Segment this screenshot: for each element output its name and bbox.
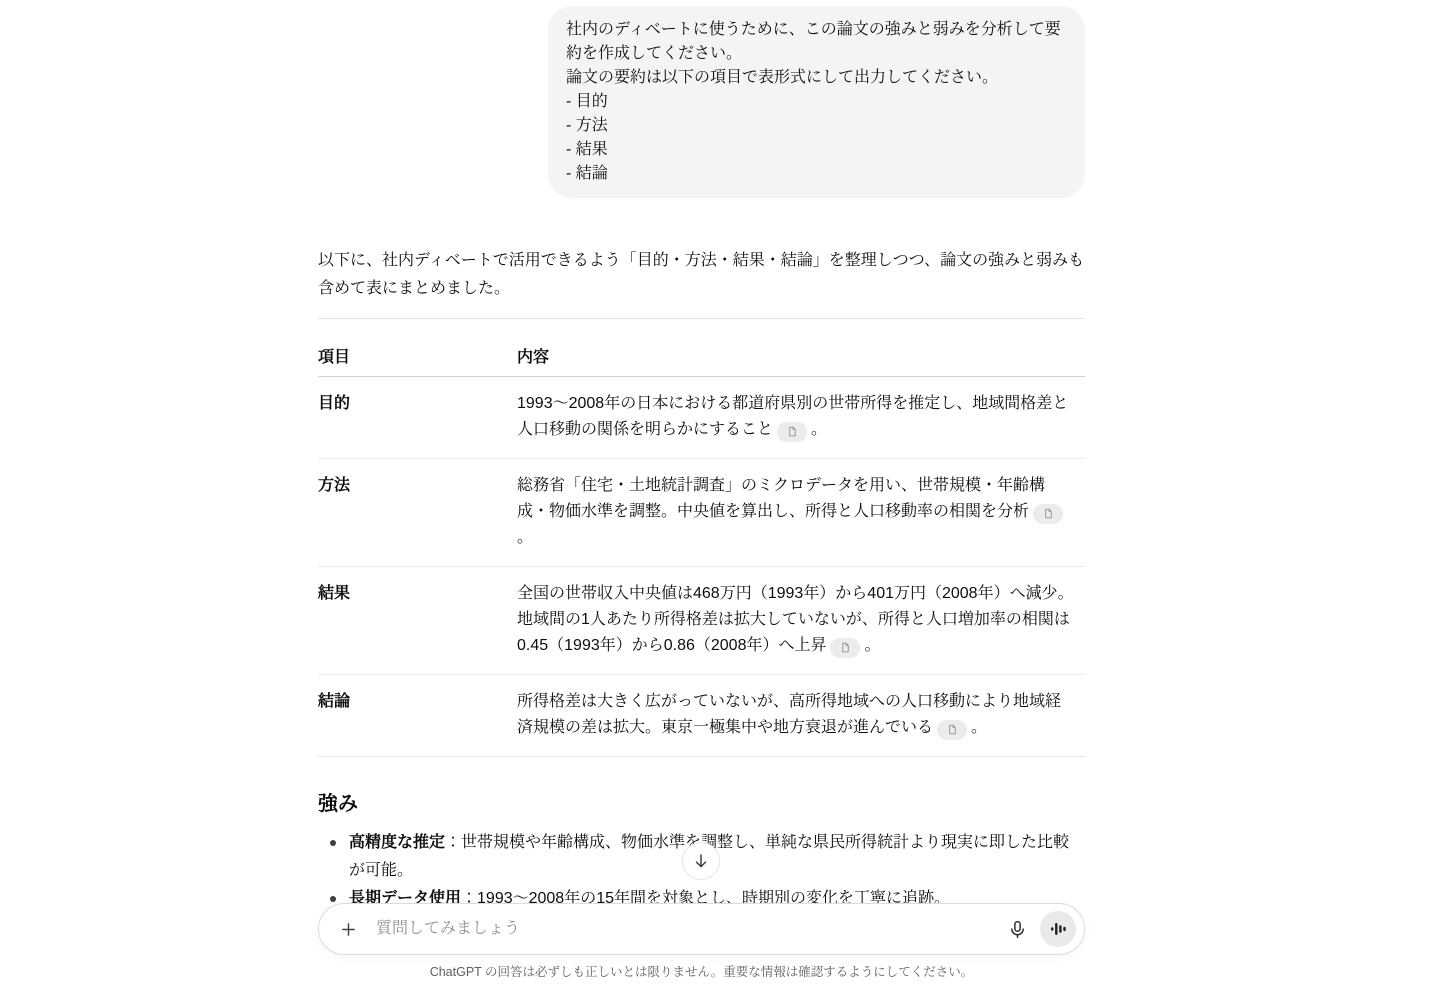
row-content-result: 全国の世帯収入中央値は468万円（1993年）から401万円（2008年）へ減少… [517, 567, 1085, 675]
citation-chip[interactable] [937, 720, 967, 740]
row-content-conclusion: 所得格差は大きく広がっていないが、高所得地域への人口移動により地域経済規模の差は… [517, 675, 1085, 757]
voice-waveform-icon [1049, 920, 1067, 938]
user-message-row: 社内のディベートに使うために、この論文の強みと弱みを分析して要約を作成してくださ… [318, 0, 1085, 198]
row-content-method: 総務省「住宅・土地統計調査」のミクロデータを用い、世帯規模・年齢構成・物価水準を… [517, 459, 1085, 567]
row-label-conclusion: 結論 [318, 675, 517, 757]
assistant-intro-text: 以下に、社内ディベートで活用できるよう「目的・方法・結果・結論」を整理しつつ、論… [318, 247, 1085, 302]
voice-mode-button[interactable] [1040, 911, 1076, 947]
divider [318, 318, 1085, 319]
message-composer[interactable] [318, 903, 1085, 955]
summary-table: 項目 内容 目的 1993〜2008年の日本における都道府県別の世帯所得を推定し… [318, 332, 1085, 756]
table-header-row: 項目 内容 [318, 332, 1085, 377]
row-content-text: 全国の世帯収入中央値は468万円（1993年）から401万円（2008年）へ減少… [517, 585, 1074, 654]
row-content-text: 総務省「住宅・土地統計調査」のミクロデータを用い、世帯規模・年齢構成・物価水準を… [517, 477, 1045, 520]
document-icon [1043, 507, 1054, 520]
disclaimer-text: ChatGPT の回答は必ずしも正しいとは限りません。重要な情報は確認するように… [318, 962, 1085, 980]
row-content-purpose: 1993〜2008年の日本における都道府県別の世帯所得を推定し、地域間格差と人口… [517, 377, 1085, 459]
user-message-bubble: 社内のディベートに使うために、この論文の強みと弱みを分析して要約を作成してくださ… [548, 6, 1085, 198]
strength-term: 高精度な推定 [349, 834, 445, 851]
citation-chip[interactable] [777, 422, 807, 442]
message-input[interactable] [374, 919, 1003, 939]
row-content-suffix: 。 [517, 529, 533, 546]
chat-thread: 社内のディベートに使うために、この論文の強みと弱みを分析して要約を作成してくださ… [318, 0, 1085, 941]
table-row: 結果 全国の世帯収入中央値は468万円（1993年）から401万円（2008年）… [318, 567, 1085, 675]
column-header-item: 項目 [318, 332, 517, 377]
strengths-heading: 強み [318, 787, 1085, 816]
row-label-method: 方法 [318, 459, 517, 567]
document-icon [947, 723, 958, 736]
row-content-suffix: 。 [811, 421, 827, 438]
dictate-button[interactable] [1003, 915, 1032, 944]
row-label-result: 結果 [318, 567, 517, 675]
microphone-icon [1007, 919, 1028, 940]
row-content-suffix: 。 [864, 637, 880, 654]
row-content-suffix: 。 [971, 719, 987, 736]
table-row: 目的 1993〜2008年の日本における都道府県別の世帯所得を推定し、地域間格差… [318, 377, 1085, 459]
plus-icon [340, 921, 357, 938]
scroll-to-bottom-button[interactable] [682, 842, 720, 880]
document-icon [840, 641, 851, 654]
table-row: 方法 総務省「住宅・土地統計調査」のミクロデータを用い、世帯規模・年齢構成・物価… [318, 459, 1085, 567]
column-header-content: 内容 [517, 332, 1085, 377]
document-icon [787, 425, 798, 438]
arrow-down-icon [692, 852, 710, 870]
citation-chip[interactable] [1033, 504, 1063, 524]
table-row: 結論 所得格差は大きく広がっていないが、高所得地域への人口移動により地域経済規模… [318, 675, 1085, 757]
citation-chip[interactable] [830, 638, 860, 658]
divider [318, 756, 1085, 757]
attach-button[interactable] [336, 917, 361, 942]
row-label-purpose: 目的 [318, 377, 517, 459]
